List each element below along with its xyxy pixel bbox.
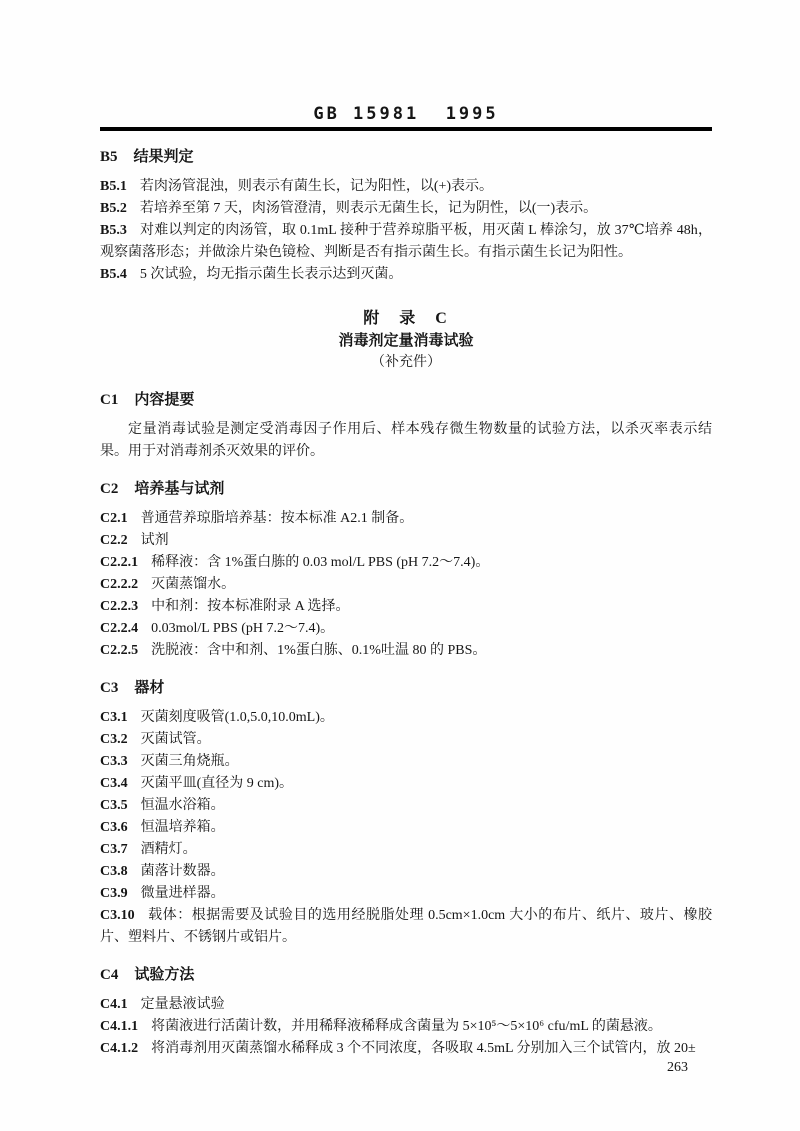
section-title: 内容提要 bbox=[134, 392, 194, 408]
clause-number: C2.2.2 bbox=[100, 577, 138, 592]
appendix-title: 附 录 C bbox=[100, 308, 712, 330]
clause-text: 载体：根据需要及试验目的选用经脱脂处理 0.5cm×1.0cm 大小的布片、纸片… bbox=[100, 908, 712, 945]
clause-text: 中和剂：按本标准附录 A 选择。 bbox=[151, 599, 349, 614]
clause-text: 恒温水浴箱。 bbox=[141, 798, 225, 813]
section-number: C4 bbox=[100, 967, 118, 983]
clause-row: C2.2.1稀释液：含 1%蛋白胨的 0.03 mol/L PBS (pH 7.… bbox=[100, 552, 712, 574]
clause-text: 将菌液进行活菌计数，并用稀释液稀释成含菌量为 5×10⁵～5×10⁶ cfu/m… bbox=[151, 1019, 662, 1034]
section-number: C3 bbox=[100, 680, 118, 696]
clause-row: C2.1普通营养琼脂培养基：按本标准 A2.1 制备。 bbox=[100, 508, 712, 530]
clause-row: C2.2.40.03mol/L PBS (pH 7.2～7.4)。 bbox=[100, 618, 712, 640]
document-header: GB 15981 1995 bbox=[100, 0, 712, 131]
page-number: 263 bbox=[667, 1060, 688, 1076]
clause-row: C3.1灭菌刻度吸管(1.0,5.0,10.0mL)。 bbox=[100, 707, 712, 729]
clause-number: C3.1 bbox=[100, 710, 128, 725]
clause-text: 灭菌三角烧瓶。 bbox=[141, 754, 239, 769]
clause-number: C3.2 bbox=[100, 732, 128, 747]
clause-number: C2.1 bbox=[100, 511, 128, 526]
section-number: C1 bbox=[100, 392, 118, 408]
clause-number: C2.2 bbox=[100, 533, 128, 548]
clause-text: 若肉汤管混浊，则表示有菌生长，记为阳性，以(+)表示。 bbox=[140, 179, 493, 194]
clause-text: 灭菌蒸馏水。 bbox=[151, 577, 235, 592]
clause-row: B5.2若培养至第 7 天，肉汤管澄清，则表示无菌生长，记为阴性，以(一)表示。 bbox=[100, 198, 712, 220]
clause-row: C2.2.3中和剂：按本标准附录 A 选择。 bbox=[100, 596, 712, 618]
section-title: 培养基与试剂 bbox=[134, 481, 224, 497]
section-title: 结果判定 bbox=[134, 149, 194, 165]
clause-row: C3.3灭菌三角烧瓶。 bbox=[100, 751, 712, 773]
clause-text: 灭菌刻度吸管(1.0,5.0,10.0mL)。 bbox=[141, 710, 334, 725]
header-rule bbox=[100, 127, 712, 131]
section-title: 试验方法 bbox=[134, 967, 194, 983]
clause-row: C3.9微量进样器。 bbox=[100, 883, 712, 905]
clause-number: C4.1.1 bbox=[100, 1019, 138, 1034]
clause-text: 5 次试验，均无指示菌生长表示达到灭菌。 bbox=[140, 267, 403, 282]
clause-row: C3.4灭菌平皿(直径为 9 cm)。 bbox=[100, 773, 712, 795]
clause-text: 灭菌试管。 bbox=[141, 732, 211, 747]
clause-row: C4.1定量悬液试验 bbox=[100, 994, 712, 1016]
section-number: C2 bbox=[100, 481, 118, 497]
clause-number: C2.2.4 bbox=[100, 621, 138, 636]
clause-row: C2.2试剂 bbox=[100, 530, 712, 552]
standard-number: GB 15981 1995 bbox=[100, 104, 712, 124]
clause-text: 微量进样器。 bbox=[141, 886, 225, 901]
section-number: B5 bbox=[100, 149, 118, 165]
clause-number: C3.5 bbox=[100, 798, 128, 813]
clause-number: C3.8 bbox=[100, 864, 128, 879]
section-heading-c1: C1内容提要 bbox=[100, 392, 712, 409]
clause-row: C2.2.5洗脱液：含中和剂、1%蛋白胨、0.1%吐温 80 的 PBS。 bbox=[100, 640, 712, 662]
clause-row: C2.2.2灭菌蒸馏水。 bbox=[100, 574, 712, 596]
clause-text: 0.03mol/L PBS (pH 7.2～7.4)。 bbox=[151, 621, 334, 636]
appendix-title-block: 附 录 C 消毒剂定量消毒试验 （补充件） bbox=[100, 308, 712, 374]
section-heading-c3: C3器材 bbox=[100, 680, 712, 697]
clause-row: C3.7酒精灯。 bbox=[100, 839, 712, 861]
clause-number: C3.6 bbox=[100, 820, 128, 835]
clause-row: C4.1.1将菌液进行活菌计数，并用稀释液稀释成含菌量为 5×10⁵～5×10⁶… bbox=[100, 1016, 712, 1038]
document-page: GB 15981 1995 B5结果判定 B5.1若肉汤管混浊，则表示有菌生长，… bbox=[0, 0, 800, 1131]
clause-number: C3.3 bbox=[100, 754, 128, 769]
clause-text: 若培养至第 7 天，肉汤管澄清，则表示无菌生长，记为阴性，以(一)表示。 bbox=[140, 201, 597, 216]
clause-text: 对难以判定的肉汤管，取 0.1mL 接种于营养琼脂平板，用灭菌 L 棒涂匀，放 … bbox=[100, 223, 712, 260]
clause-text: 试剂 bbox=[141, 533, 169, 548]
clause-number: B5.1 bbox=[100, 179, 127, 194]
section-heading-c4: C4试验方法 bbox=[100, 967, 712, 984]
appendix-subtitle: 消毒剂定量消毒试验 bbox=[100, 330, 712, 352]
section-heading-c2: C2培养基与试剂 bbox=[100, 481, 712, 498]
clause-text: 普通营养琼脂培养基：按本标准 A2.1 制备。 bbox=[141, 511, 414, 526]
clause-text: 恒温培养箱。 bbox=[141, 820, 225, 835]
clause-row: C3.6恒温培养箱。 bbox=[100, 817, 712, 839]
clause-number: C2.2.1 bbox=[100, 555, 138, 570]
clause-row: C3.10载体：根据需要及试验目的选用经脱脂处理 0.5cm×1.0cm 大小的… bbox=[100, 905, 712, 949]
clause-text: 酒精灯。 bbox=[141, 842, 197, 857]
clause-text: 定量悬液试验 bbox=[141, 997, 225, 1012]
clause-number: C4.1 bbox=[100, 997, 128, 1012]
clause-row: C3.8菌落计数器。 bbox=[100, 861, 712, 883]
clause-text: 菌落计数器。 bbox=[141, 864, 225, 879]
clause-text: 将消毒剂用灭菌蒸馏水稀释成 3 个不同浓度，各吸取 4.5mL 分别加入三个试管… bbox=[151, 1041, 696, 1056]
clause-number: C2.2.5 bbox=[100, 643, 138, 658]
clause-number: B5.4 bbox=[100, 267, 127, 282]
clause-row: C3.2灭菌试管。 bbox=[100, 729, 712, 751]
clause-number: C3.7 bbox=[100, 842, 128, 857]
clause-number: C3.9 bbox=[100, 886, 128, 901]
clause-number: B5.3 bbox=[100, 223, 127, 238]
section-heading-b5: B5结果判定 bbox=[100, 149, 712, 166]
clause-number: C2.2.3 bbox=[100, 599, 138, 614]
clause-text: 稀释液：含 1%蛋白胨的 0.03 mol/L PBS (pH 7.2～7.4)… bbox=[151, 555, 489, 570]
clause-text: 洗脱液：含中和剂、1%蛋白胨、0.1%吐温 80 的 PBS。 bbox=[151, 643, 486, 658]
clause-text: 灭菌平皿(直径为 9 cm)。 bbox=[141, 776, 293, 791]
clause-number: C3.10 bbox=[100, 908, 135, 923]
clause-row: C3.5恒温水浴箱。 bbox=[100, 795, 712, 817]
appendix-note: （补充件） bbox=[100, 352, 712, 374]
clause-number: B5.2 bbox=[100, 201, 127, 216]
clause-row: C4.1.2将消毒剂用灭菌蒸馏水稀释成 3 个不同浓度，各吸取 4.5mL 分别… bbox=[100, 1038, 712, 1060]
text-column: GB 15981 1995 B5结果判定 B5.1若肉汤管混浊，则表示有菌生长，… bbox=[0, 0, 800, 1060]
clause-number: C4.1.2 bbox=[100, 1041, 138, 1056]
clause-row: B5.3对难以判定的肉汤管，取 0.1mL 接种于营养琼脂平板，用灭菌 L 棒涂… bbox=[100, 220, 712, 264]
clause-row: B5.1若肉汤管混浊，则表示有菌生长，记为阳性，以(+)表示。 bbox=[100, 176, 712, 198]
section-title: 器材 bbox=[134, 680, 164, 696]
clause-row: B5.45 次试验，均无指示菌生长表示达到灭菌。 bbox=[100, 264, 712, 286]
section-paragraph: 定量消毒试验是测定受消毒因子作用后、样本残存微生物数量的试验方法，以杀灭率表示结… bbox=[100, 419, 712, 463]
clause-number: C3.4 bbox=[100, 776, 128, 791]
